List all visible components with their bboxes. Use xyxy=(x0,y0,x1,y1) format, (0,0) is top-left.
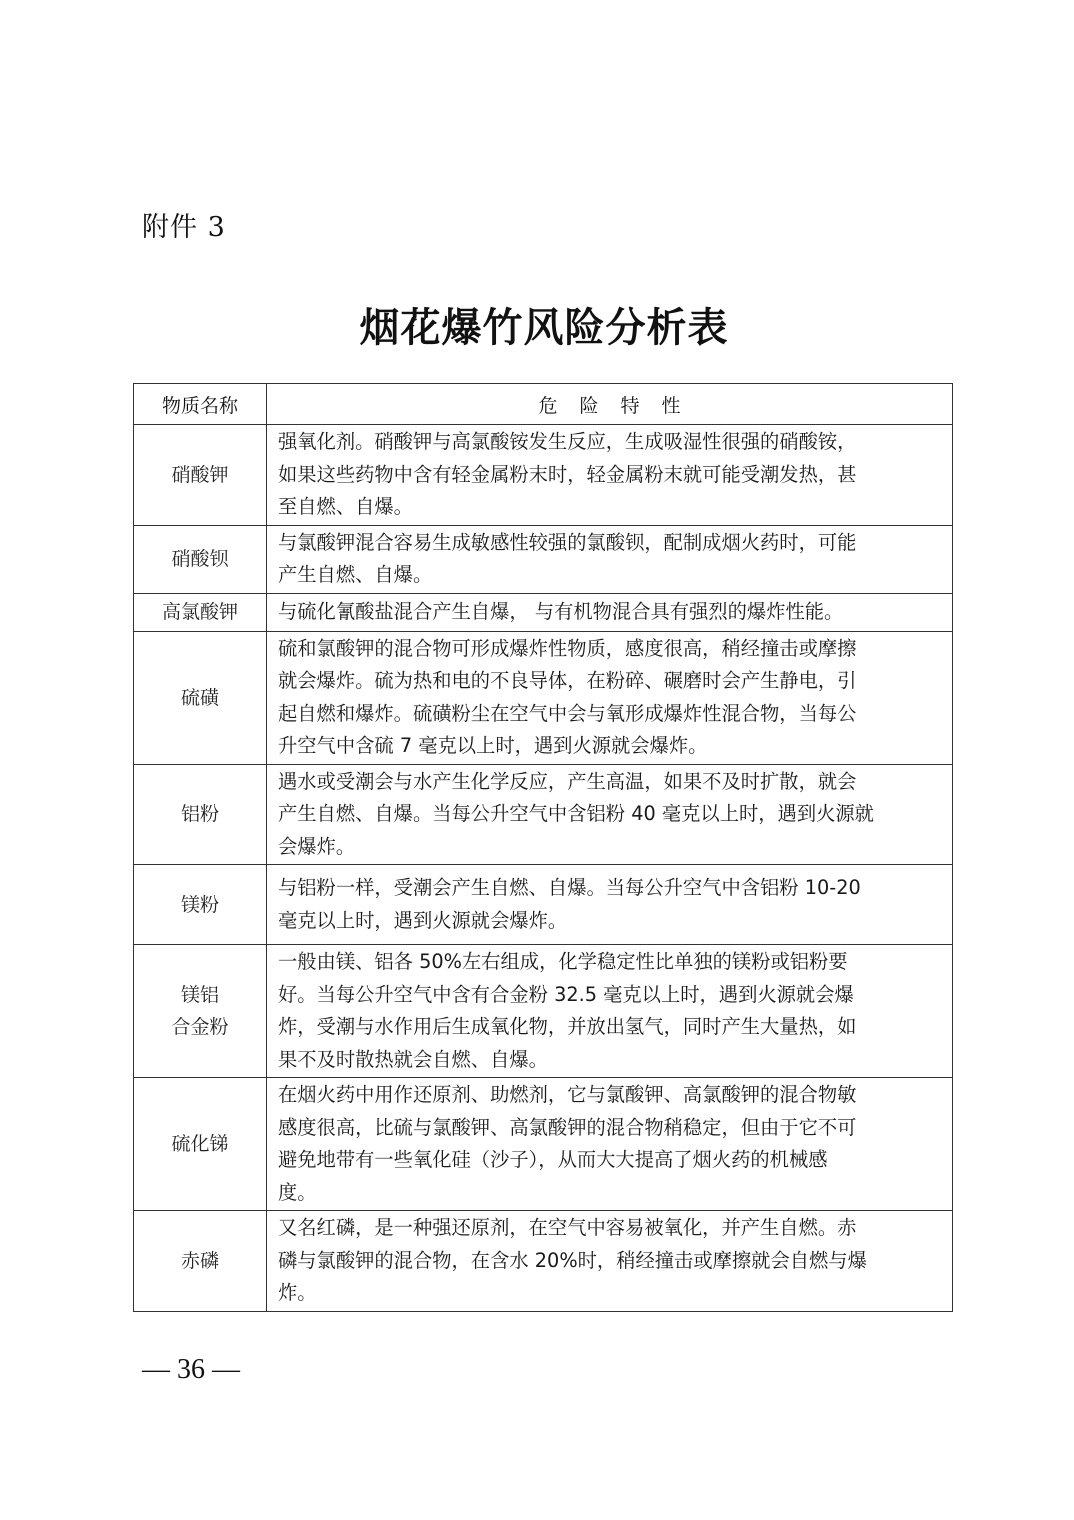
table-row: 镁铝 合金粉 一般由镁、铝各 50%左右组成，化学稳定性比单独的镁粉或铝粉要 好… xyxy=(134,945,953,1078)
page-number: — 36 — xyxy=(142,1352,240,1388)
substance-name-cell: 镁粉 xyxy=(134,865,267,945)
table-row: 铝粉 遇水或受潮会与水产生化学反应，产生高温，如果不及时扩散，就会 产生自燃、自… xyxy=(134,764,953,865)
hazard-text-line: 毫克以上时，遇到火源就会爆炸。 xyxy=(278,905,944,938)
substance-name: 高氯酸钾 xyxy=(134,596,266,628)
hazard-text-line: 避免地带有一些氧化硅（沙子），从而大大提高了烟火药的机械感 xyxy=(278,1144,944,1177)
hazard-description-cell: 强氧化剂。硝酸钾与高氯酸铵发生反应，生成吸湿性很强的硝酸铵， 如果这些药物中含有… xyxy=(267,425,953,526)
hazard-text-line: 产生自燃、自爆。 xyxy=(278,559,944,592)
attachment-label: 附件 3 xyxy=(142,208,226,248)
hazard-text-line: 磷与氯酸钾的混合物，在含水 20%时，稍经撞击或摩擦就会自燃与爆 xyxy=(278,1245,944,1278)
risk-analysis-table: 物质名称 危险特性 硝酸钾 强氧化剂。硝酸钾与高氯酸铵发生反应，生成吸湿性很强的… xyxy=(133,383,953,1312)
document-title: 烟花爆竹风险分析表 xyxy=(0,300,1074,356)
hazard-text-line: 会爆炸。 xyxy=(278,831,944,864)
table-row: 高氯酸钾 与硫化氰酸盐混合产生自爆， 与有机物混合具有强烈的爆炸性能。 xyxy=(134,593,953,631)
substance-name-cell: 高氯酸钾 xyxy=(134,593,267,631)
hazard-text-line: 在烟火药中用作还原剂、助燃剂，它与氯酸钾、高氯酸钾的混合物敏 xyxy=(278,1079,944,1112)
table-row: 镁粉 与铝粉一样，受潮会产生自燃、自爆。当每公升空气中含铝粉 10-20 毫克以… xyxy=(134,865,953,945)
substance-name: 硫化锑 xyxy=(134,1128,266,1160)
table-row: 硝酸钾 强氧化剂。硝酸钾与高氯酸铵发生反应，生成吸湿性很强的硝酸铵， 如果这些药… xyxy=(134,425,953,526)
hazard-text-line: 硫和氯酸钾的混合物可形成爆炸性物质，感度很高，稍经撞击或摩擦 xyxy=(278,633,944,666)
table-row: 硫化锑 在烟火药中用作还原剂、助燃剂，它与氯酸钾、高氯酸钾的混合物敏 感度很高，… xyxy=(134,1078,953,1211)
substance-name: 硫磺 xyxy=(134,682,266,714)
substance-name-cell: 镁铝 合金粉 xyxy=(134,945,267,1078)
hazard-text-line: 产生自燃、自爆。当每公升空气中含铝粉 40 毫克以上时，遇到火源就 xyxy=(278,798,944,831)
substance-name-cell: 硫磺 xyxy=(134,631,267,764)
substance-name: 硝酸钾 xyxy=(134,459,266,491)
substance-name-cell: 赤磷 xyxy=(134,1211,267,1312)
header-hazard-characteristics: 危险特性 xyxy=(267,384,953,425)
hazard-description-cell: 在烟火药中用作还原剂、助燃剂，它与氯酸钾、高氯酸钾的混合物敏 感度很高，比硫与氯… xyxy=(267,1078,953,1211)
hazard-text-line: 炸，受潮与水作用后生成氧化物，并放出氢气，同时产生大量热，如 xyxy=(278,1011,944,1044)
hazard-text-line: 与硫化氰酸盐混合产生自爆， 与有机物混合具有强烈的爆炸性能。 xyxy=(278,596,944,629)
substance-name-line: 镁铝 xyxy=(134,979,266,1011)
hazard-description-cell: 与硫化氰酸盐混合产生自爆， 与有机物混合具有强烈的爆炸性能。 xyxy=(267,593,953,631)
header-substance-name: 物质名称 xyxy=(134,384,267,425)
substance-name-cell: 硝酸钾 xyxy=(134,425,267,526)
hazard-description-cell: 又名红磷，是一种强还原剂，在空气中容易被氧化，并产生自燃。赤 磷与氯酸钾的混合物… xyxy=(267,1211,953,1312)
hazard-text-line: 炸。 xyxy=(278,1277,944,1310)
substance-name-cell: 硫化锑 xyxy=(134,1078,267,1211)
hazard-text-line: 度。 xyxy=(278,1177,944,1210)
substance-name: 赤磷 xyxy=(134,1245,266,1277)
hazard-text-line: 至自燃、自爆。 xyxy=(278,491,944,524)
hazard-description-cell: 遇水或受潮会与水产生化学反应，产生高温，如果不及时扩散，就会 产生自燃、自爆。当… xyxy=(267,764,953,865)
table-row: 硫磺 硫和氯酸钾的混合物可形成爆炸性物质，感度很高，稍经撞击或摩擦 就会爆炸。硫… xyxy=(134,631,953,764)
table-row: 硝酸钡 与氯酸钾混合容易生成敏感性较强的氯酸钡，配制成烟火药时，可能 产生自燃、… xyxy=(134,525,953,593)
hazard-text-line: 遇水或受潮会与水产生化学反应，产生高温，如果不及时扩散，就会 xyxy=(278,766,944,799)
substance-name-cell: 硝酸钡 xyxy=(134,525,267,593)
hazard-text-line: 果不及时散热就会自燃、自爆。 xyxy=(278,1044,944,1077)
hazard-text-line: 好。当每公升空气中含有合金粉 32.5 毫克以上时，遇到火源就会爆 xyxy=(278,979,944,1012)
hazard-description-cell: 与氯酸钾混合容易生成敏感性较强的氯酸钡，配制成烟火药时，可能 产生自燃、自爆。 xyxy=(267,525,953,593)
hazard-text-line: 起自燃和爆炸。硫磺粉尘在空气中会与氧形成爆炸性混合物，当每公 xyxy=(278,698,944,731)
substance-name: 铝粉 xyxy=(134,798,266,830)
substance-name: 镁粉 xyxy=(134,889,266,921)
hazard-text-line: 就会爆炸。硫为热和电的不良导体，在粉碎、碾磨时会产生静电，引 xyxy=(278,665,944,698)
hazard-text-line: 升空气中含硫 7 毫克以上时，遇到火源就会爆炸。 xyxy=(278,730,944,763)
hazard-text-line: 如果这些药物中含有轻金属粉末时，轻金属粉末就可能受潮发热，甚 xyxy=(278,459,944,492)
table-header-row: 物质名称 危险特性 xyxy=(134,384,953,425)
hazard-text-line: 又名红磷，是一种强还原剂，在空气中容易被氧化，并产生自燃。赤 xyxy=(278,1212,944,1245)
hazard-description-cell: 与铝粉一样，受潮会产生自燃、自爆。当每公升空气中含铝粉 10-20 毫克以上时，… xyxy=(267,865,953,945)
hazard-text-line: 与氯酸钾混合容易生成敏感性较强的氯酸钡，配制成烟火药时，可能 xyxy=(278,527,944,560)
hazard-text-line: 感度很高，比硫与氯酸钾、高氯酸钾的混合物稍稳定，但由于它不可 xyxy=(278,1112,944,1145)
substance-name: 硝酸钡 xyxy=(134,543,266,575)
hazard-text-line: 一般由镁、铝各 50%左右组成，化学稳定性比单独的镁粉或铝粉要 xyxy=(278,946,944,979)
substance-name-line: 合金粉 xyxy=(134,1011,266,1043)
hazard-description-cell: 硫和氯酸钾的混合物可形成爆炸性物质，感度很高，稍经撞击或摩擦 就会爆炸。硫为热和… xyxy=(267,631,953,764)
hazard-text-line: 与铝粉一样，受潮会产生自燃、自爆。当每公升空气中含铝粉 10-20 xyxy=(278,872,944,905)
table-row: 赤磷 又名红磷，是一种强还原剂，在空气中容易被氧化，并产生自燃。赤 磷与氯酸钾的… xyxy=(134,1211,953,1312)
hazard-text-line: 强氧化剂。硝酸钾与高氯酸铵发生反应，生成吸湿性很强的硝酸铵， xyxy=(278,426,944,459)
hazard-description-cell: 一般由镁、铝各 50%左右组成，化学稳定性比单独的镁粉或铝粉要 好。当每公升空气… xyxy=(267,945,953,1078)
substance-name-cell: 铝粉 xyxy=(134,764,267,865)
